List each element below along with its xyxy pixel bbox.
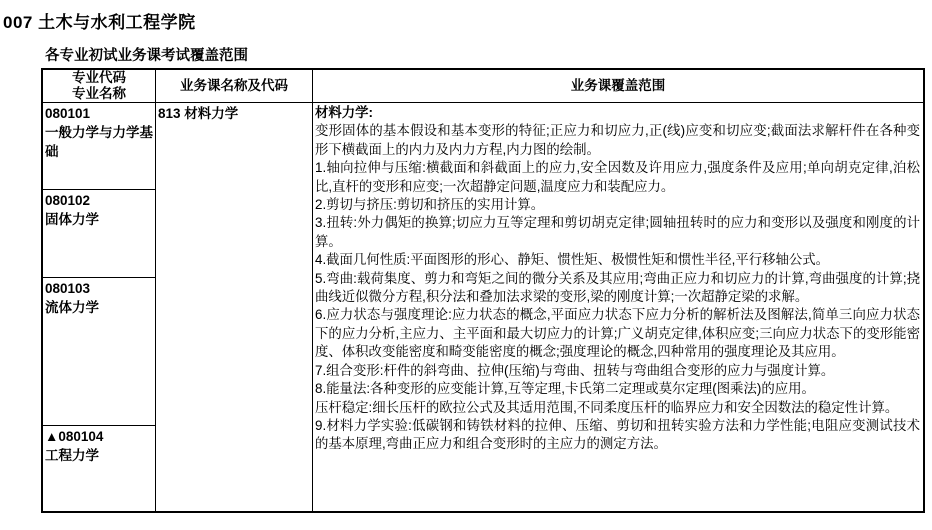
coverage-paragraph: 4.截面几何性质:平面图形的形心、静矩、惯性矩、极惯性矩和惯性半径,平行移轴公式… [315,251,920,269]
document-page: 007 土木与水利工程学院 各专业初试业务课考试覆盖范围 专业代码 专业名称 业… [0,0,932,530]
coverage-paragraph: 2.剪切与挤压:剪切和挤压的实用计算。 [315,196,920,214]
table-caption: 各专业初试业务课考试覆盖范围 [45,44,248,65]
table-row: ▲080104 工程力学 [43,426,155,511]
exam-coverage-table: 专业代码 专业名称 业务课名称及代码 业务课覆盖范围 080101 一般力学与力… [41,68,925,513]
header-course-label: 业务课名称及代码 [180,78,288,94]
header-coverage: 业务课覆盖范围 [313,70,923,103]
page-title: 007 土木与水利工程学院 [3,8,196,33]
coverage-paragraph: 8.能量法:各种变形的应变能计算,互等定理,卡氏第二定理或莫尔定理(图乘法)的应… [315,380,920,398]
major-code: 080101 [45,104,153,123]
coverage-cell: 材料力学: 变形固体的基本假设和基本变形的特征;正应力和切应力,正(线)应变和切… [313,103,923,511]
major-name: 流体力学 [45,298,153,317]
major-code: 080103 [45,279,153,298]
table-row: 080102 固体力学 [43,190,155,278]
header-course-name-code: 业务课名称及代码 [156,70,313,103]
coverage-paragraph: 3.扭转:外力偶矩的换算;切应力互等定理和剪切胡克定律;圆轴扭转时的应力和变形以… [315,214,920,251]
course-code-name: 813 材料力学 [158,106,238,121]
table-row: 080103 流体力学 [43,278,155,426]
header-major-name: 专业名称 [72,86,126,102]
header-coverage-label: 业务课覆盖范围 [571,78,666,94]
coverage-paragraph: 1.轴向拉伸与压缩:横截面和斜截面上的应力,安全因数及许用应力,强度条件及应用;… [315,159,920,196]
major-name: 一般力学与力学基础 [45,123,153,161]
major-code: ▲080104 [45,427,153,446]
major-name: 工程力学 [45,446,153,465]
major-code: 080102 [45,191,153,210]
coverage-paragraph: 6.应力状态与强度理论:应力状态的概念,平面应力状态下应力分析的解析法及图解法,… [315,306,920,361]
majors-column: 080101 一般力学与力学基础 080102 固体力学 080103 流体力学… [43,103,156,511]
coverage-paragraph: 5.弯曲:载荷集度、剪力和弯矩之间的微分关系及其应用;弯曲正应力和切应力的计算,… [315,270,920,307]
coverage-paragraph: 变形固体的基本假设和基本变形的特征;正应力和切应力,正(线)应变和切应变;截面法… [315,122,920,159]
major-name: 固体力学 [45,210,153,229]
coverage-paragraph: 7.组合变形:杆件的斜弯曲、拉伸(压缩)与弯曲、扭转与弯曲组合变形的应力与强度计… [315,362,920,380]
header-major-code-name: 专业代码 专业名称 [43,70,156,103]
coverage-paragraph: 9.材料力学实验:低碳钢和铸铁材料的拉伸、压缩、剪切和扭转实验方法和力学性能;电… [315,417,920,454]
coverage-heading: 材料力学: [315,104,920,122]
course-cell: 813 材料力学 [156,103,313,511]
table-row: 080101 一般力学与力学基础 [43,103,155,190]
header-major-code: 专业代码 [72,70,126,86]
coverage-paragraph: 压杆稳定:细长压杆的欧拉公式及其适用范围,不同柔度压杆的临界应力和安全因数法的稳… [315,399,920,417]
